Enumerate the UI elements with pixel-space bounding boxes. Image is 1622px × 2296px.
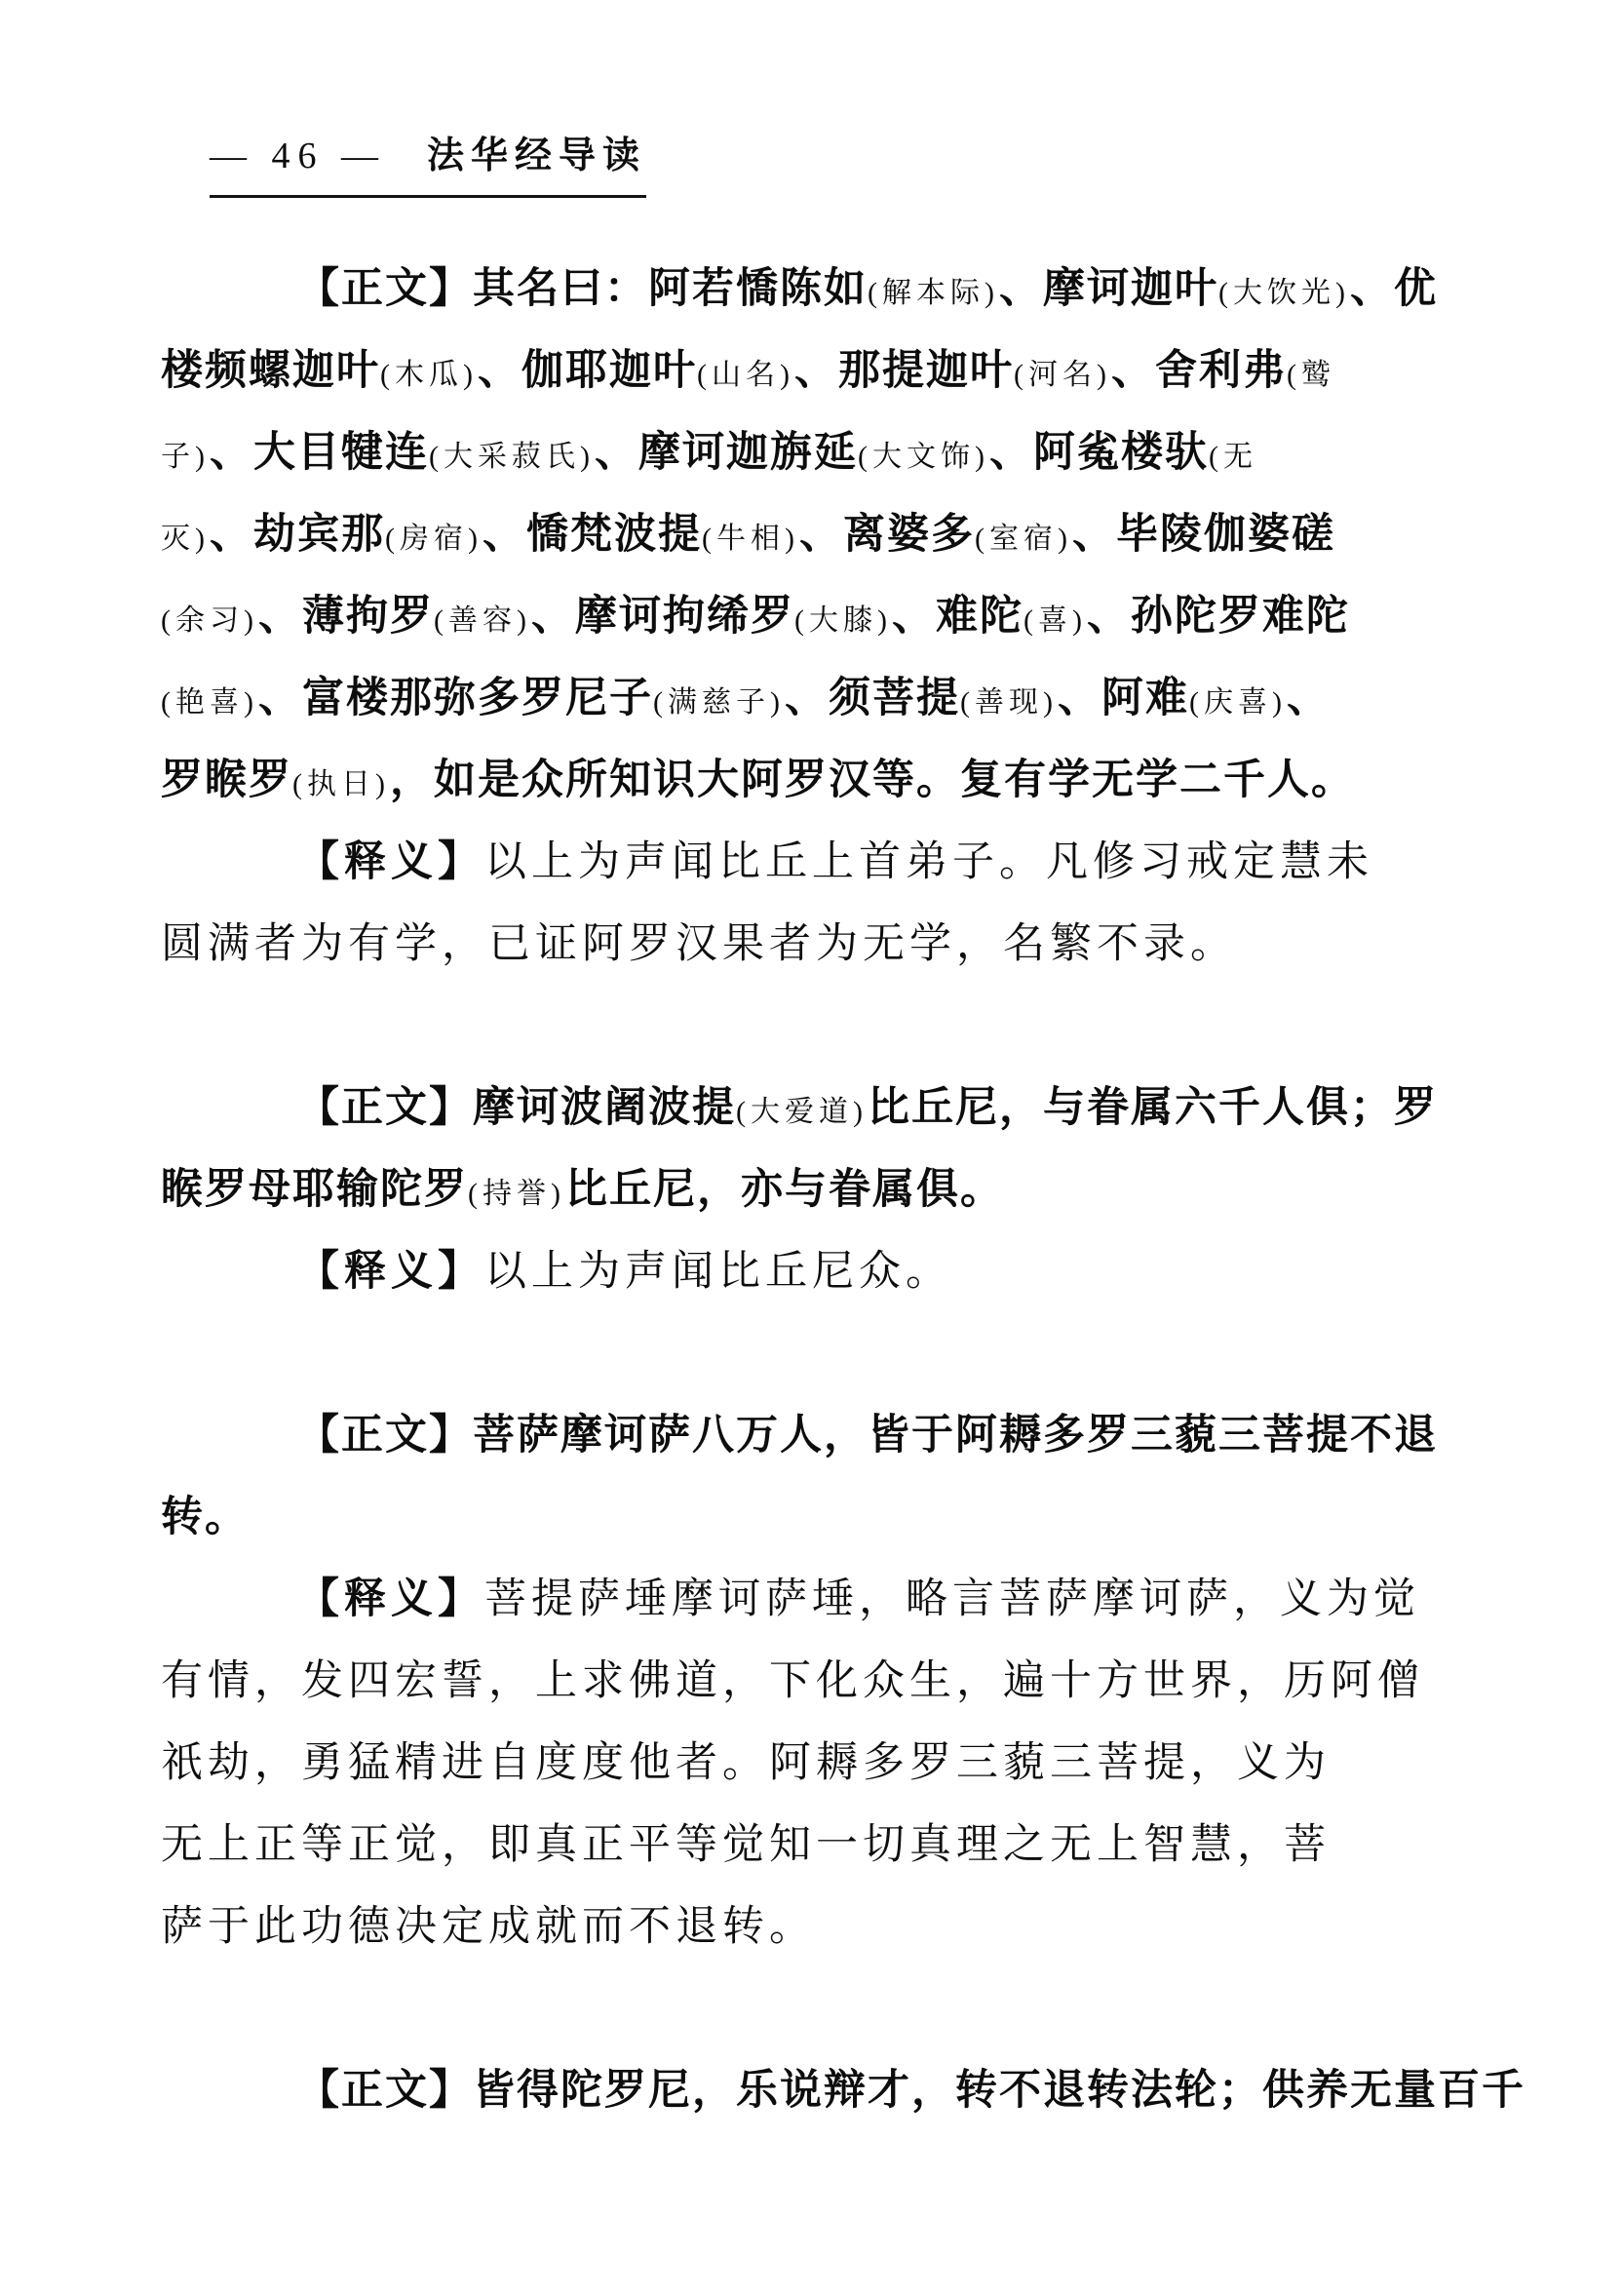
text-line: 睺罗母耶输陀罗(持誉)比丘尼，亦与眷属俱。: [161, 1149, 1457, 1231]
text-line: 【释义】菩提萨埵摩诃萨埵，略言菩萨摩诃萨，义为觉: [161, 1559, 1457, 1641]
header-underline-group: — 46 —法华经导读: [210, 135, 646, 198]
section-shiyi-3: 【释义】菩提萨埵摩诃萨埵，略言菩萨摩诃萨，义为觉 有情，发四宏誓，上求佛道，下化…: [161, 1559, 1457, 1968]
page-number: — 46 —: [210, 136, 386, 176]
text-line: 【正文】其名曰：阿若憍陈如(解本际)、摩诃迦叶(大饮光)、优: [161, 249, 1457, 331]
text-line: 圆满者为有学，已证阿罗汉果者为无学，名繁不录。: [161, 904, 1457, 986]
text-line: 罗睺罗(执日)，如是众所知识大阿罗汉等。复有学无学二千人。: [161, 740, 1457, 822]
text-line: 灭)、劫宾那(房宿)、憍梵波提(牛相)、离婆多(室宿)、毕陵伽婆磋: [161, 494, 1457, 576]
text-line: 【释义】以上为声闻比丘上首弟子。凡修习戒定慧未: [161, 822, 1457, 904]
text-line: 【正文】摩诃波阇波提(大爱道)比丘尼，与眷属六千人俱；罗: [161, 1068, 1457, 1149]
section-zhengwen-1: 【正文】其名曰：阿若憍陈如(解本际)、摩诃迦叶(大饮光)、优 楼频螺迦叶(木瓜)…: [161, 249, 1457, 822]
text-line: 【正文】菩萨摩诃萨八万人，皆于阿耨多罗三藐三菩提不退: [161, 1395, 1457, 1477]
text-line: 萨于此功德决定成就而不退转。: [161, 1887, 1457, 1968]
section-zhengwen-2: 【正文】摩诃波阇波提(大爱道)比丘尼，与眷属六千人俱；罗 睺罗母耶输陀罗(持誉)…: [161, 1068, 1457, 1231]
text-line: 楼频螺迦叶(木瓜)、伽耶迦叶(山名)、那提迦叶(河名)、舍利弗(鹫: [161, 331, 1457, 412]
section-shiyi-2: 【释义】以上为声闻比丘尼众。: [161, 1231, 1457, 1313]
book-title: 法华经导读: [427, 136, 646, 176]
text-line: 子)、大目犍连(大采菽氏)、摩诃迦旃延(大文饰)、阿㝹楼驮(无: [161, 412, 1457, 494]
text-line: 祇劫，勇猛精进自度度他者。阿耨多罗三藐三菩提，义为: [161, 1723, 1457, 1805]
text-line: 【释义】以上为声闻比丘尼众。: [161, 1231, 1457, 1313]
section-zhengwen-4: 【正文】皆得陀罗尼，乐说辩才，转不退转法轮；供养无量百千: [161, 2050, 1457, 2132]
section-shiyi-1: 【释义】以上为声闻比丘上首弟子。凡修习戒定慧未 圆满者为有学，已证阿罗汉果者为无…: [161, 822, 1457, 986]
book-page: — 46 —法华经导读 【正文】其名曰：阿若憍陈如(解本际)、摩诃迦叶(大饮光)…: [0, 0, 1622, 2296]
text-line: 无上正等正觉，即真正平等觉知一切真理之无上智慧，菩: [161, 1805, 1457, 1887]
text-line: 转。: [161, 1477, 1457, 1559]
text-line: 【正文】皆得陀罗尼，乐说辩才，转不退转法轮；供养无量百千: [161, 2050, 1457, 2132]
text-line: (艳喜)、富楼那弥多罗尼子(满慈子)、须菩提(善现)、阿难(庆喜)、: [161, 658, 1457, 740]
page-header: — 46 —法华经导读: [210, 135, 646, 198]
text-line: 有情，发四宏誓，上求佛道，下化众生，遍十方世界，历阿僧: [161, 1641, 1457, 1723]
section-zhengwen-3: 【正文】菩萨摩诃萨八万人，皆于阿耨多罗三藐三菩提不退 转。: [161, 1395, 1457, 1559]
page-body: 【正文】其名曰：阿若憍陈如(解本际)、摩诃迦叶(大饮光)、优 楼频螺迦叶(木瓜)…: [161, 249, 1457, 2132]
text-line: (余习)、薄拘罗(善容)、摩诃拘𫄨罗(大膝)、难陀(喜)、孙陀罗难陀: [161, 576, 1457, 658]
